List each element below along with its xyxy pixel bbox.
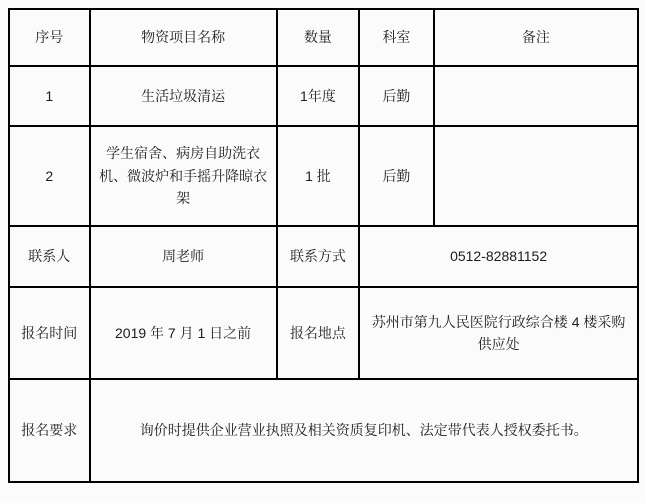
signup-row: 报名时间 2019 年 7 月 1 日之前 报名地点 苏州市第九人民医院行政综合… (9, 287, 638, 379)
signup-place-value: 苏州市第九人民医院行政综合楼 4 楼采购供应处 (359, 287, 638, 379)
requirement-value: 询价时提供企业营业执照及相关资质复印机、法定带代表人授权委托书。 (90, 379, 639, 482)
contact-method-value: 0512-82881152 (359, 226, 638, 287)
contact-label: 联系人 (9, 226, 90, 287)
signup-time-label: 报名时间 (9, 287, 90, 379)
item-no: 1 (9, 66, 90, 126)
header-cell-dept: 科室 (359, 9, 433, 66)
item-name: 学生宿舍、病房自助洗衣机、微波炉和手摇升降晾衣架 (90, 126, 277, 226)
signup-place-label: 报名地点 (277, 287, 360, 379)
item-row-2: 2 学生宿舍、病房自助洗衣机、微波炉和手摇升降晾衣架 1 批 后勤 (9, 126, 638, 226)
signup-time-value: 2019 年 7 月 1 日之前 (90, 287, 277, 379)
requirement-label: 报名要求 (9, 379, 90, 482)
requirement-row: 报名要求 询价时提供企业营业执照及相关资质复印机、法定带代表人授权委托书。 (9, 379, 638, 482)
item-note (434, 126, 638, 226)
item-note (434, 66, 638, 126)
header-cell-name: 物资项目名称 (90, 9, 277, 66)
contact-method-label: 联系方式 (277, 226, 360, 287)
procurement-notice-table: 序号 物资项目名称 数量 科室 备注 1 生活垃圾清运 1年度 后勤 2 学生宿… (8, 8, 639, 483)
contact-row: 联系人 周老师 联系方式 0512-82881152 (9, 226, 638, 287)
item-quantity: 1 批 (277, 126, 360, 226)
item-department: 后勤 (359, 66, 433, 126)
header-row: 序号 物资项目名称 数量 科室 备注 (9, 9, 638, 66)
item-no: 2 (9, 126, 90, 226)
contact-value: 周老师 (90, 226, 277, 287)
header-cell-note: 备注 (434, 9, 638, 66)
header-cell-no: 序号 (9, 9, 90, 66)
item-name: 生活垃圾清运 (90, 66, 277, 126)
header-cell-qty: 数量 (277, 9, 360, 66)
item-row-1: 1 生活垃圾清运 1年度 后勤 (9, 66, 638, 126)
item-quantity: 1年度 (277, 66, 360, 126)
item-department: 后勤 (359, 126, 433, 226)
